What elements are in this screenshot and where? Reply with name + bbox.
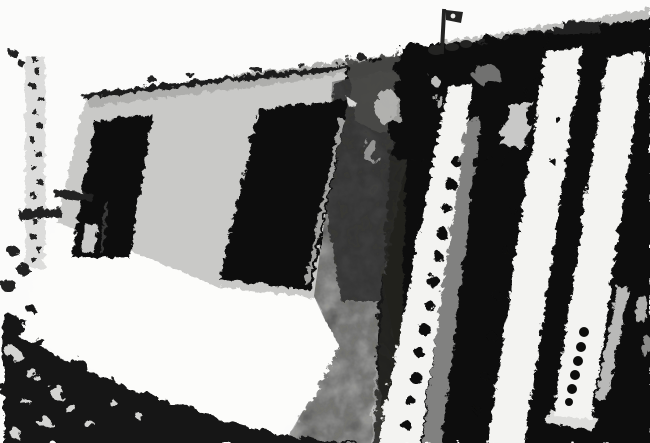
photo-scene: [0, 0, 650, 443]
photograph: [0, 0, 650, 443]
